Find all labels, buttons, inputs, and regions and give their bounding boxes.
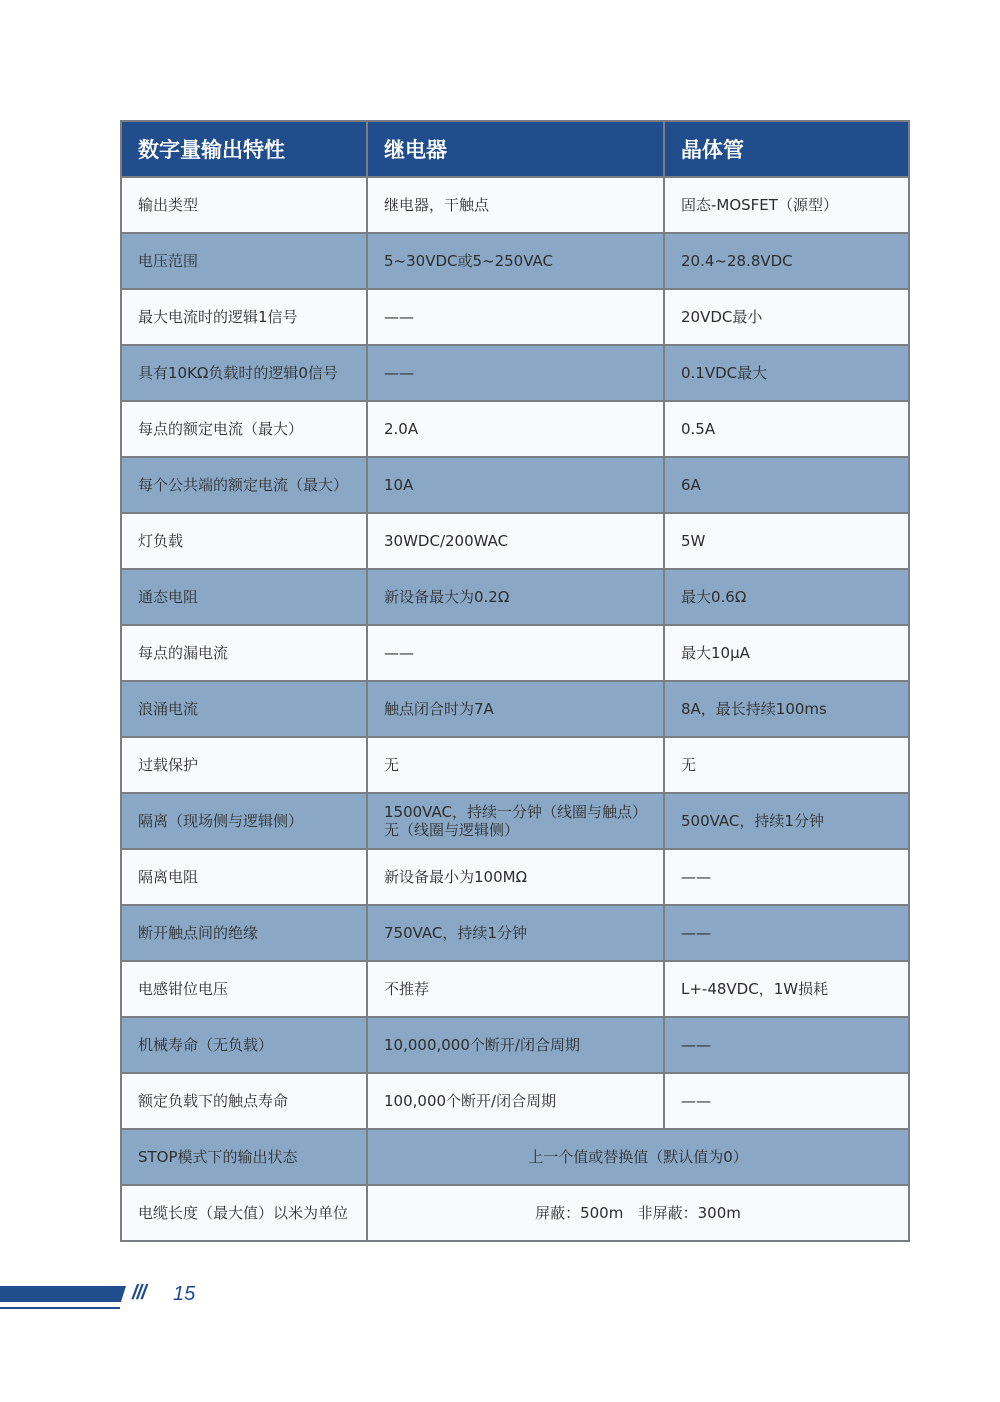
transistor-value: L+-48VDC，1W损耗 — [664, 961, 909, 1017]
table-row: 最大电流时的逻辑1信号 —— 20VDC最小 — [121, 289, 909, 345]
table-row: 电感钳位电压 不推荐 L+-48VDC，1W损耗 — [121, 961, 909, 1017]
transistor-value: 无 — [664, 737, 909, 793]
table-row: 灯负载 30WDC/200WAC 5W — [121, 513, 909, 569]
transistor-value: 6A — [664, 457, 909, 513]
row-label: 机械寿命（无负载） — [121, 1017, 367, 1073]
row-label: 隔离电阻 — [121, 849, 367, 905]
footer-slashes-decoration: /// — [132, 1282, 146, 1305]
transistor-value: 500VAC，持续1分钟 — [664, 793, 909, 849]
relay-value: 继电器，干触点 — [367, 177, 664, 233]
row-label: 额定负载下的触点寿命 — [121, 1073, 367, 1129]
transistor-value: —— — [664, 1017, 909, 1073]
table-row: 每点的额定电流（最大） 2.0A 0.5A — [121, 401, 909, 457]
relay-value: —— — [367, 345, 664, 401]
relay-value: 5~30VDC或5~250VAC — [367, 233, 664, 289]
transistor-value: 20.4~28.8VDC — [664, 233, 909, 289]
transistor-value: 固态-MOSFET（源型） — [664, 177, 909, 233]
table-row: 断开触点间的绝缘 750VAC，持续1分钟 —— — [121, 905, 909, 961]
transistor-value: 5W — [664, 513, 909, 569]
row-label: 每个公共端的额定电流（最大） — [121, 457, 367, 513]
table-row: 隔离（现场侧与逻辑侧） 1500VAC，持续一分钟（线圈与触点） 无（线圈与逻辑… — [121, 793, 909, 849]
relay-value: 100,000个断开/闭合周期 — [367, 1073, 664, 1129]
relay-value: —— — [367, 625, 664, 681]
table-row-merged: 电缆长度（最大值）以米为单位 屏蔽：500m 非屏蔽：300m — [121, 1185, 909, 1241]
relay-value: 不推荐 — [367, 961, 664, 1017]
row-label: 每点的额定电流（最大） — [121, 401, 367, 457]
row-label: 电缆长度（最大值）以米为单位 — [121, 1185, 367, 1241]
transistor-value: 20VDC最小 — [664, 289, 909, 345]
transistor-value: 最大10μA — [664, 625, 909, 681]
row-label: 过载保护 — [121, 737, 367, 793]
footer-accent-line — [0, 1307, 120, 1309]
header-transistor: 晶体管 — [664, 121, 909, 177]
relay-value: 1500VAC，持续一分钟（线圈与触点） 无（线圈与逻辑侧） — [367, 793, 664, 849]
header-relay: 继电器 — [367, 121, 664, 177]
footer-accent-bar — [0, 1286, 126, 1302]
table-row: 过载保护 无 无 — [121, 737, 909, 793]
table-row-merged: STOP模式下的输出状态 上一个值或替换值（默认值为0） — [121, 1129, 909, 1185]
transistor-value: 最大0.6Ω — [664, 569, 909, 625]
row-label: 具有10KΩ负载时的逻辑0信号 — [121, 345, 367, 401]
relay-value: 新设备最小为100MΩ — [367, 849, 664, 905]
row-label: 通态电阻 — [121, 569, 367, 625]
digital-output-spec-table: 数字量输出特性 继电器 晶体管 输出类型 继电器，干触点 固态-MOSFET（源… — [120, 120, 910, 1242]
table-row: 每个公共端的额定电流（最大） 10A 6A — [121, 457, 909, 513]
row-label: 灯负载 — [121, 513, 367, 569]
relay-value-line: 1500VAC，持续一分钟（线圈与触点） — [384, 803, 663, 821]
relay-value-line: 无（线圈与逻辑侧） — [384, 821, 663, 839]
table-row: 通态电阻 新设备最大为0.2Ω 最大0.6Ω — [121, 569, 909, 625]
row-label: 电压范围 — [121, 233, 367, 289]
table-row: 隔离电阻 新设备最小为100MΩ —— — [121, 849, 909, 905]
relay-value: 10A — [367, 457, 664, 513]
relay-value: 10,000,000个断开/闭合周期 — [367, 1017, 664, 1073]
merged-value: 上一个值或替换值（默认值为0） — [367, 1129, 909, 1185]
transistor-value: 0.1VDC最大 — [664, 345, 909, 401]
relay-value: 触点闭合时为7A — [367, 681, 664, 737]
relay-value: 30WDC/200WAC — [367, 513, 664, 569]
relay-value: 2.0A — [367, 401, 664, 457]
table-row: 输出类型 继电器，干触点 固态-MOSFET（源型） — [121, 177, 909, 233]
relay-value: —— — [367, 289, 664, 345]
row-label: 输出类型 — [121, 177, 367, 233]
table-row: 机械寿命（无负载） 10,000,000个断开/闭合周期 —— — [121, 1017, 909, 1073]
transistor-value: 8A，最长持续100ms — [664, 681, 909, 737]
row-label: STOP模式下的输出状态 — [121, 1129, 367, 1185]
transistor-value: —— — [664, 905, 909, 961]
relay-value: 新设备最大为0.2Ω — [367, 569, 664, 625]
table-row: 具有10KΩ负载时的逻辑0信号 —— 0.1VDC最大 — [121, 345, 909, 401]
transistor-value: —— — [664, 1073, 909, 1129]
page-number: 15 — [173, 1283, 195, 1306]
row-label: 最大电流时的逻辑1信号 — [121, 289, 367, 345]
table-row: 每点的漏电流 —— 最大10μA — [121, 625, 909, 681]
row-label: 电感钳位电压 — [121, 961, 367, 1017]
row-label: 每点的漏电流 — [121, 625, 367, 681]
table-header-row: 数字量输出特性 继电器 晶体管 — [121, 121, 909, 177]
relay-value: 750VAC，持续1分钟 — [367, 905, 664, 961]
table-row: 电压范围 5~30VDC或5~250VAC 20.4~28.8VDC — [121, 233, 909, 289]
header-characteristic: 数字量输出特性 — [121, 121, 367, 177]
table-row: 浪涌电流 触点闭合时为7A 8A，最长持续100ms — [121, 681, 909, 737]
transistor-value: —— — [664, 849, 909, 905]
transistor-value: 0.5A — [664, 401, 909, 457]
row-label: 断开触点间的绝缘 — [121, 905, 367, 961]
row-label: 隔离（现场侧与逻辑侧） — [121, 793, 367, 849]
row-label: 浪涌电流 — [121, 681, 367, 737]
table-row: 额定负载下的触点寿命 100,000个断开/闭合周期 —— — [121, 1073, 909, 1129]
merged-value: 屏蔽：500m 非屏蔽：300m — [367, 1185, 909, 1241]
relay-value: 无 — [367, 737, 664, 793]
